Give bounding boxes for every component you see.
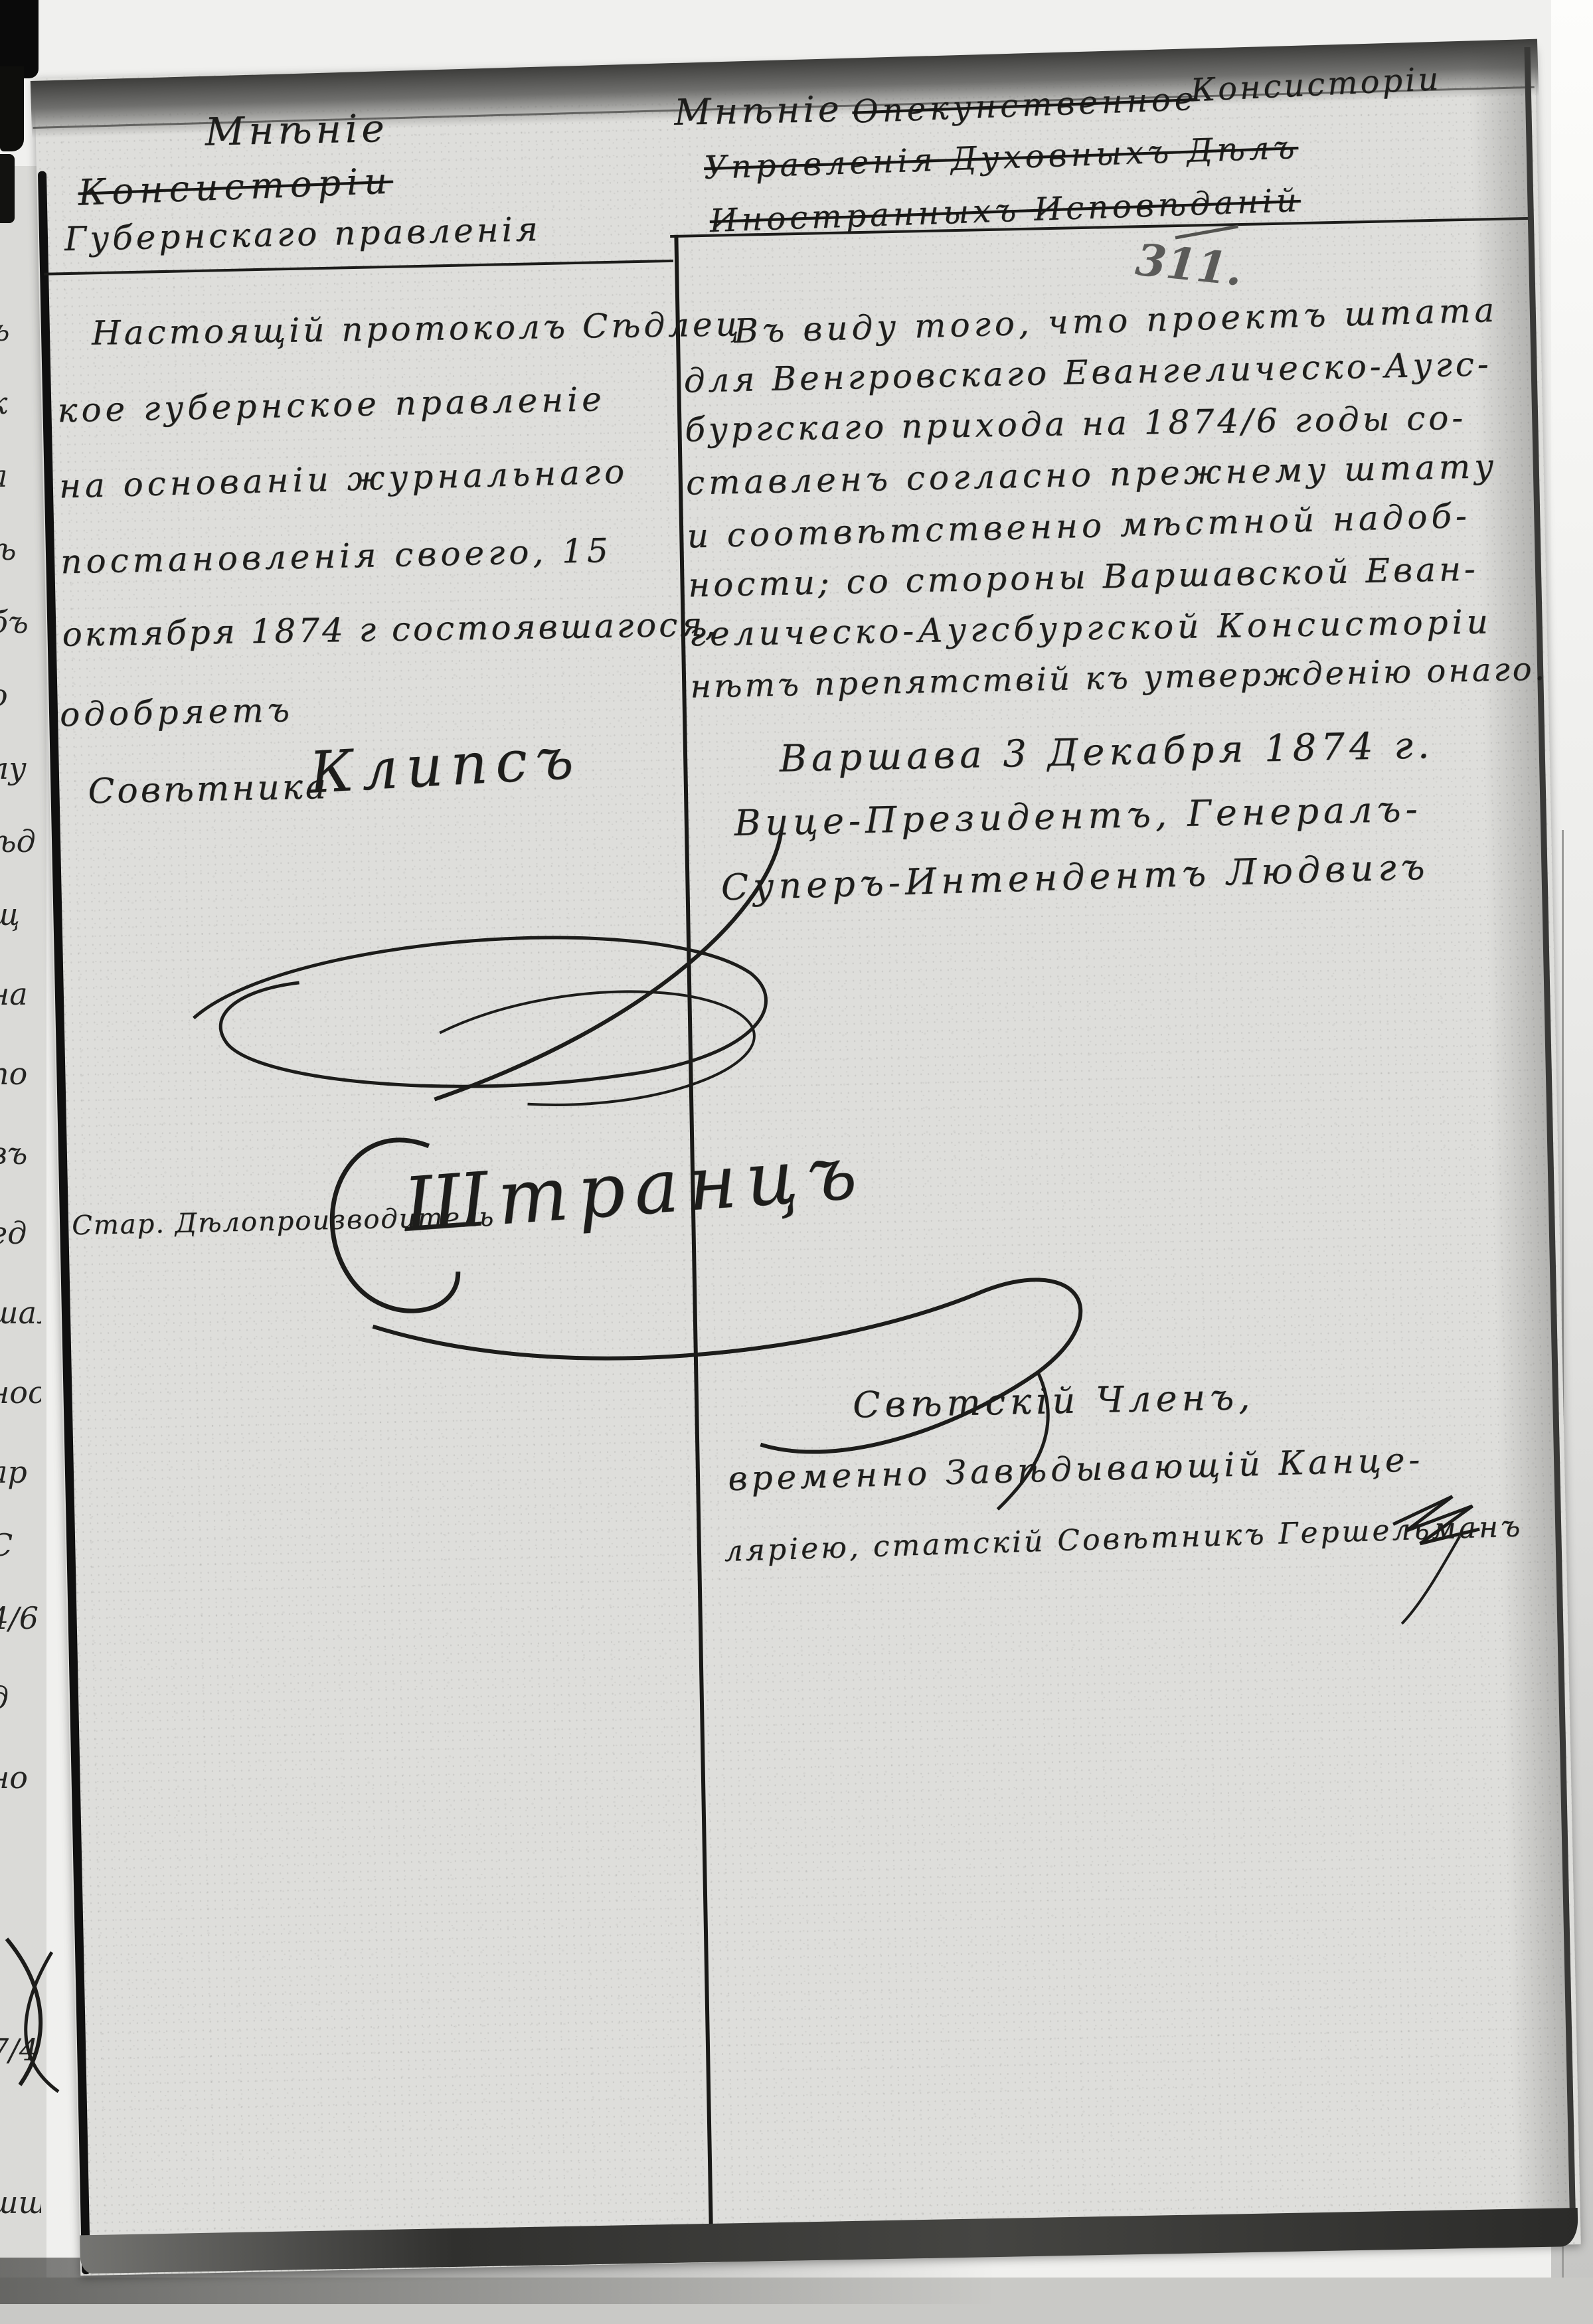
margin-fragment: к [0, 385, 41, 421]
left-header-subtitle: Губернскаго правленія [64, 210, 541, 258]
right-header-struck-line2: Управленія Духовныхъ Дѣлъ [703, 129, 1299, 187]
margin-fragment: но [0, 1760, 41, 1795]
margin-fragment: ед [0, 1215, 41, 1251]
margin-fragment: на [0, 976, 41, 1012]
pencil-number: 311. [1133, 234, 1245, 296]
margin-fragment: 4/6 [0, 1600, 41, 1636]
scan-spine-mark [0, 154, 15, 223]
left-body-line: на основаніи журнальнаго [58, 452, 629, 505]
member-signature-flourish [1379, 1481, 1555, 1631]
margin-fragment: бъ [0, 604, 41, 640]
margin-fragment: ѣд [0, 823, 41, 859]
right-header-title: Мнѣніе [674, 88, 843, 133]
left-header-rule [44, 260, 673, 276]
margin-fragment: лу [0, 750, 41, 786]
right-body-line: Въ виду того, что проектъ штата [733, 291, 1498, 351]
margin-flourish [0, 1926, 66, 2098]
right-body-line: для Венгровскаго Евангелическо-Аугс- [683, 345, 1492, 400]
signoff-line1: Вице-Президентъ, Генералъ- [734, 788, 1422, 844]
margin-fragment: шая [0, 1295, 41, 1331]
right-body-line: гелическо-Аугсбургской Консисторіи [689, 602, 1492, 653]
previous-page-strip: ъ к а ѣ бъ о лу ѣд щ на по въ ед шая нос… [0, 166, 46, 2324]
dateline: Варшава 3 Декабря 1874 г. [779, 724, 1434, 781]
margin-fragment: а [0, 458, 41, 494]
right-body-line: ставленъ согласно прежнему штату [685, 447, 1497, 503]
right-body-line: ности; со стороны Варшавской Еван- [688, 550, 1479, 605]
left-header-title: Мнѣніе [205, 106, 388, 155]
margin-fragment: ъ [0, 312, 41, 348]
margin-fragment: д [0, 1680, 41, 1716]
margin-fragment: С [0, 1527, 41, 1563]
margin-fragment: щ [0, 896, 41, 932]
councillor-title: Совѣтника [88, 767, 329, 812]
right-body-line: и соотвѣтственно мѣстной надоб- [687, 497, 1471, 556]
member-line: Свѣтскій Членъ, [852, 1376, 1254, 1426]
document-page: Мнѣніе Консисторіи Губернскаго правленія… [35, 47, 1581, 2276]
left-body-line: Настоящій протоколъ Сѣдлец [92, 305, 742, 353]
left-body-line: октября 1874 г состоявшагося, [62, 605, 718, 654]
left-body-line: постановленія своего, 15 [60, 531, 613, 581]
right-body-line: нѣтъ препятствій къ утвержденію онаго. [690, 650, 1548, 705]
left-body-line: одобряетъ [59, 691, 293, 734]
margin-fragment: по [0, 1056, 41, 1092]
margin-fragment: ар [0, 1454, 41, 1490]
right-body-line: бургскаго прихода на 1874/6 годы со- [685, 398, 1467, 449]
pencil-overline [1175, 225, 1238, 240]
left-header-struck-word: Консисторіи [77, 160, 394, 214]
scanned-archival-page: { "scan": { "pencil_note": "311.", "left… [0, 0, 1593, 2324]
margin-fragment: ѣ [0, 531, 41, 567]
margin-fragment: шш [0, 2185, 41, 2220]
margin-fragment: въ [0, 1135, 41, 1171]
signoff-line2: Суперъ-Интендентъ Людвигъ [720, 846, 1430, 909]
margin-fragment: о [0, 677, 41, 713]
scan-corner-blob [0, 66, 24, 151]
margin-fragment: нос [0, 1374, 41, 1410]
councillor-signature: Клипсъ [307, 725, 583, 807]
left-body-line: кое губернское правленіе [57, 380, 606, 430]
